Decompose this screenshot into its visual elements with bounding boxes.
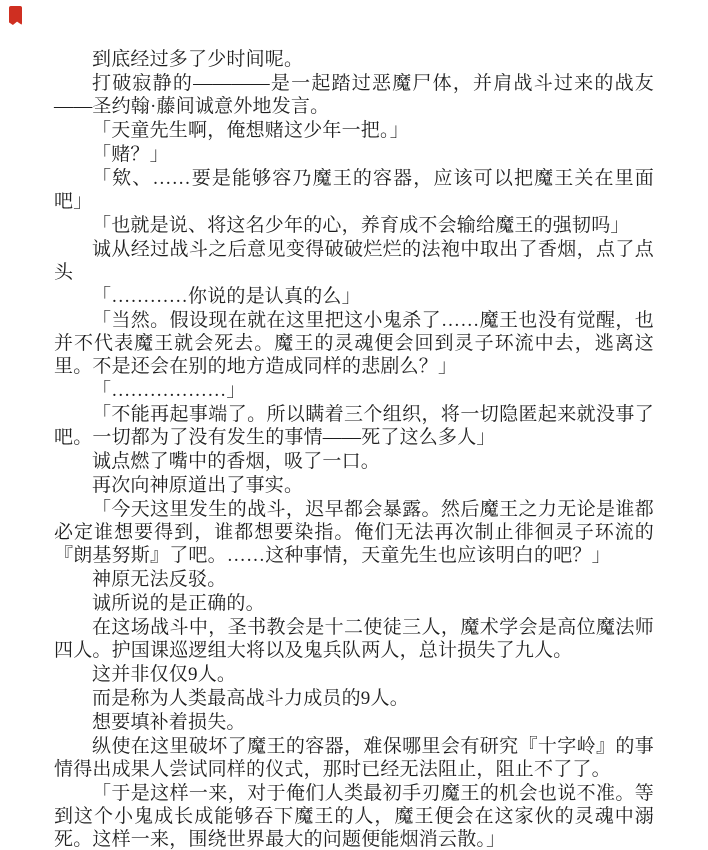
paragraph: 「也就是说、将这名少年的心，养育成不会输给魔王的强韧吗」 — [54, 214, 654, 237]
paragraph: 「不能再起事端了。所以瞒着三个组织，将一切隐匿起来就没事了吧。一切都为了没有发生… — [54, 403, 654, 449]
paragraph: 而是称为人类最高战斗力成员的9人。 — [54, 687, 654, 710]
broken-image-icon — [9, 6, 22, 25]
paragraph: 「当然。假设现在就在这里把这小鬼杀了……魔王也没有觉醒，也并不代表魔王就会死去。… — [54, 309, 654, 378]
page-text: 到底经过多了少时间呢。 打破寂静的————是一起踏过恶魔尸体，并肩战斗过来的战友… — [54, 48, 654, 850]
paragraph: 再次向神原道出了事实。 — [54, 474, 654, 497]
paragraph: 「欸、……要是能够容乃魔王的容器，应该可以把魔王关在里面吧」 — [54, 167, 654, 213]
paragraph: 「………………」 — [54, 379, 654, 402]
paragraph: 「今天这里发生的战斗，迟早都会暴露。然后魔王之力无论是谁都必定谁想要得到，谁都想… — [54, 498, 654, 567]
paragraph: 「天童先生啊，俺想赌这少年一把。」 — [54, 119, 654, 142]
paragraph: 想要填补着损失。 — [54, 711, 654, 734]
paragraph: 诚从经过战斗之后意见变得破破烂烂的法袍中取出了香烟，点了点头 — [54, 238, 654, 284]
paragraph: 「…………你说的是认真的么」 — [54, 285, 654, 308]
paragraph: 诚点燃了嘴中的香烟，吸了一口。 — [54, 450, 654, 473]
paragraph: 「赌？」 — [54, 143, 654, 166]
novel-page: { "page": { "background_color": "#ffffff… — [0, 0, 708, 850]
paragraph: 神原无法反驳。 — [54, 568, 654, 591]
paragraph: 到底经过多了少时间呢。 — [54, 48, 654, 71]
paragraph: 诚所说的是正确的。 — [54, 592, 654, 615]
paragraph: 在这场战斗中，圣书教会是十二使徒三人，魔术学会是高位魔法师四人。护国课巡逻组大将… — [54, 616, 654, 662]
paragraph: 这并非仅仅9人。 — [54, 663, 654, 686]
paragraph: 打破寂静的————是一起踏过恶魔尸体，并肩战斗过来的战友——圣约翰·藤间诚意外地… — [54, 72, 654, 118]
paragraph: 「于是这样一来，对于俺们人类最初手刃魔王的机会也说不准。等到这个小鬼成长成能够吞… — [54, 782, 654, 850]
paragraph: 纵使在这里破坏了魔王的容器，难保哪里会有研究『十字岭』的事情得出成果人尝试同样的… — [54, 735, 654, 781]
